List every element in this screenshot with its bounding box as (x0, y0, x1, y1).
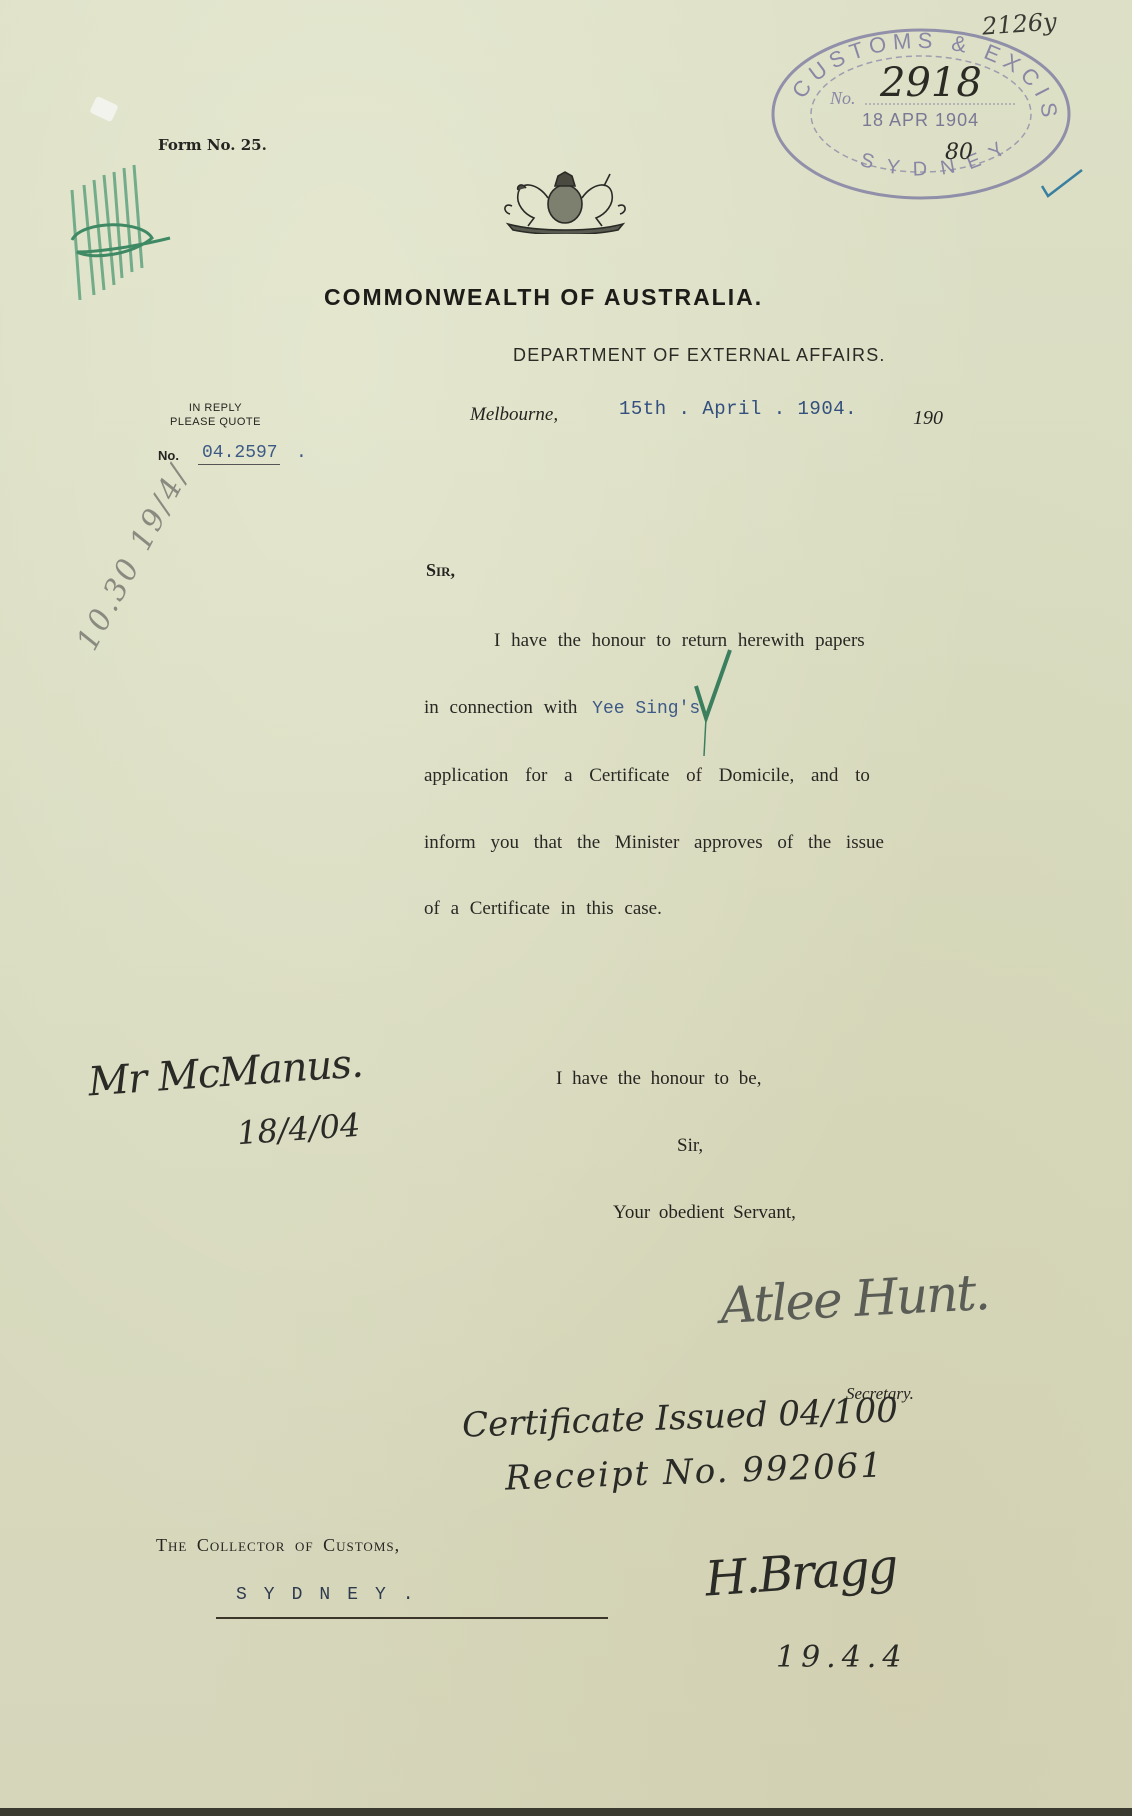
stamp-bottom-text: SYDNEY (858, 130, 1020, 181)
stamp-date: 18 APR 1904 (862, 110, 979, 131)
certificate-issued-note: Certificate Issued 04/100 (461, 1390, 898, 1445)
margin-annotation-date: 18/4/04 (236, 1106, 362, 1153)
blue-check-mark-icon (1038, 166, 1084, 200)
receipt-number-note: Receipt No. 992061 (504, 1445, 884, 1498)
addressee-title: The Collector of Customs, (156, 1535, 400, 1556)
in-reply-line-1: IN REPLY (170, 401, 261, 415)
addressee-city: SYDNEY. (236, 1585, 431, 1605)
letter-page: Form No. 25. COMMONWEALTH OF AUSTRALIA. … (0, 0, 1132, 1816)
top-right-annotation: 2126y (981, 7, 1057, 40)
letterhead-department: DEPARTMENT OF EXTERNAL AFFAIRS. (513, 345, 886, 366)
dateline-printed-year: 190 (913, 407, 943, 430)
body-line-2: in connection with Yee Sing's (424, 697, 700, 719)
form-number: Form No. 25. (158, 136, 267, 154)
addressee-divider (216, 1617, 608, 1619)
closing-line-3: Your obedient Servant, (613, 1202, 796, 1224)
dateline-place: Melbourne, (470, 404, 558, 426)
tape-mark-icon (86, 96, 122, 126)
svg-text:SYDNEY: SYDNEY (858, 130, 1020, 181)
in-reply-label: IN REPLY PLEASE QUOTE (170, 401, 261, 429)
salutation: Sir, (426, 560, 455, 581)
body-line-1: I have the honour to return herewith pap… (494, 630, 865, 652)
body-line-4: inform you that the Minister approves of… (424, 832, 884, 854)
dateline-typed-date: 15th . April . 1904. (619, 398, 857, 420)
royal-coat-of-arms-icon (498, 168, 633, 234)
stamp-number: 2918 (880, 60, 982, 106)
pencil-margin-note: 10.30 19/4/ (70, 458, 198, 656)
body-line-3: application for a Certificate of Domicil… (424, 765, 870, 787)
closing-line-1: I have the honour to be, (556, 1068, 761, 1090)
margin-annotation-name: Mr McManus. (87, 1040, 364, 1105)
body-line-5: of a Certificate in this case. (424, 898, 662, 920)
officer-signature: H.Bragg (703, 1538, 898, 1607)
in-reply-line-2: PLEASE QUOTE (170, 415, 261, 429)
secretary-signature: Atlee Hunt. (719, 1263, 990, 1335)
letterhead-country: COMMONWEALTH OF AUSTRALIA. (324, 284, 763, 311)
closing-line-2: Sir, (677, 1135, 703, 1157)
stamp-initials: 80 (945, 140, 973, 165)
reference-number-suffix: . (296, 443, 307, 463)
body-line-2-text: in connection with (424, 697, 577, 718)
green-check-mark-icon (684, 648, 734, 758)
officer-signature-date: 19.4.4 (776, 1640, 907, 1675)
green-pencil-marks-icon (62, 160, 177, 300)
reference-number-value: 04.2597 (198, 443, 280, 465)
stamp-no-label: No. (829, 88, 856, 108)
